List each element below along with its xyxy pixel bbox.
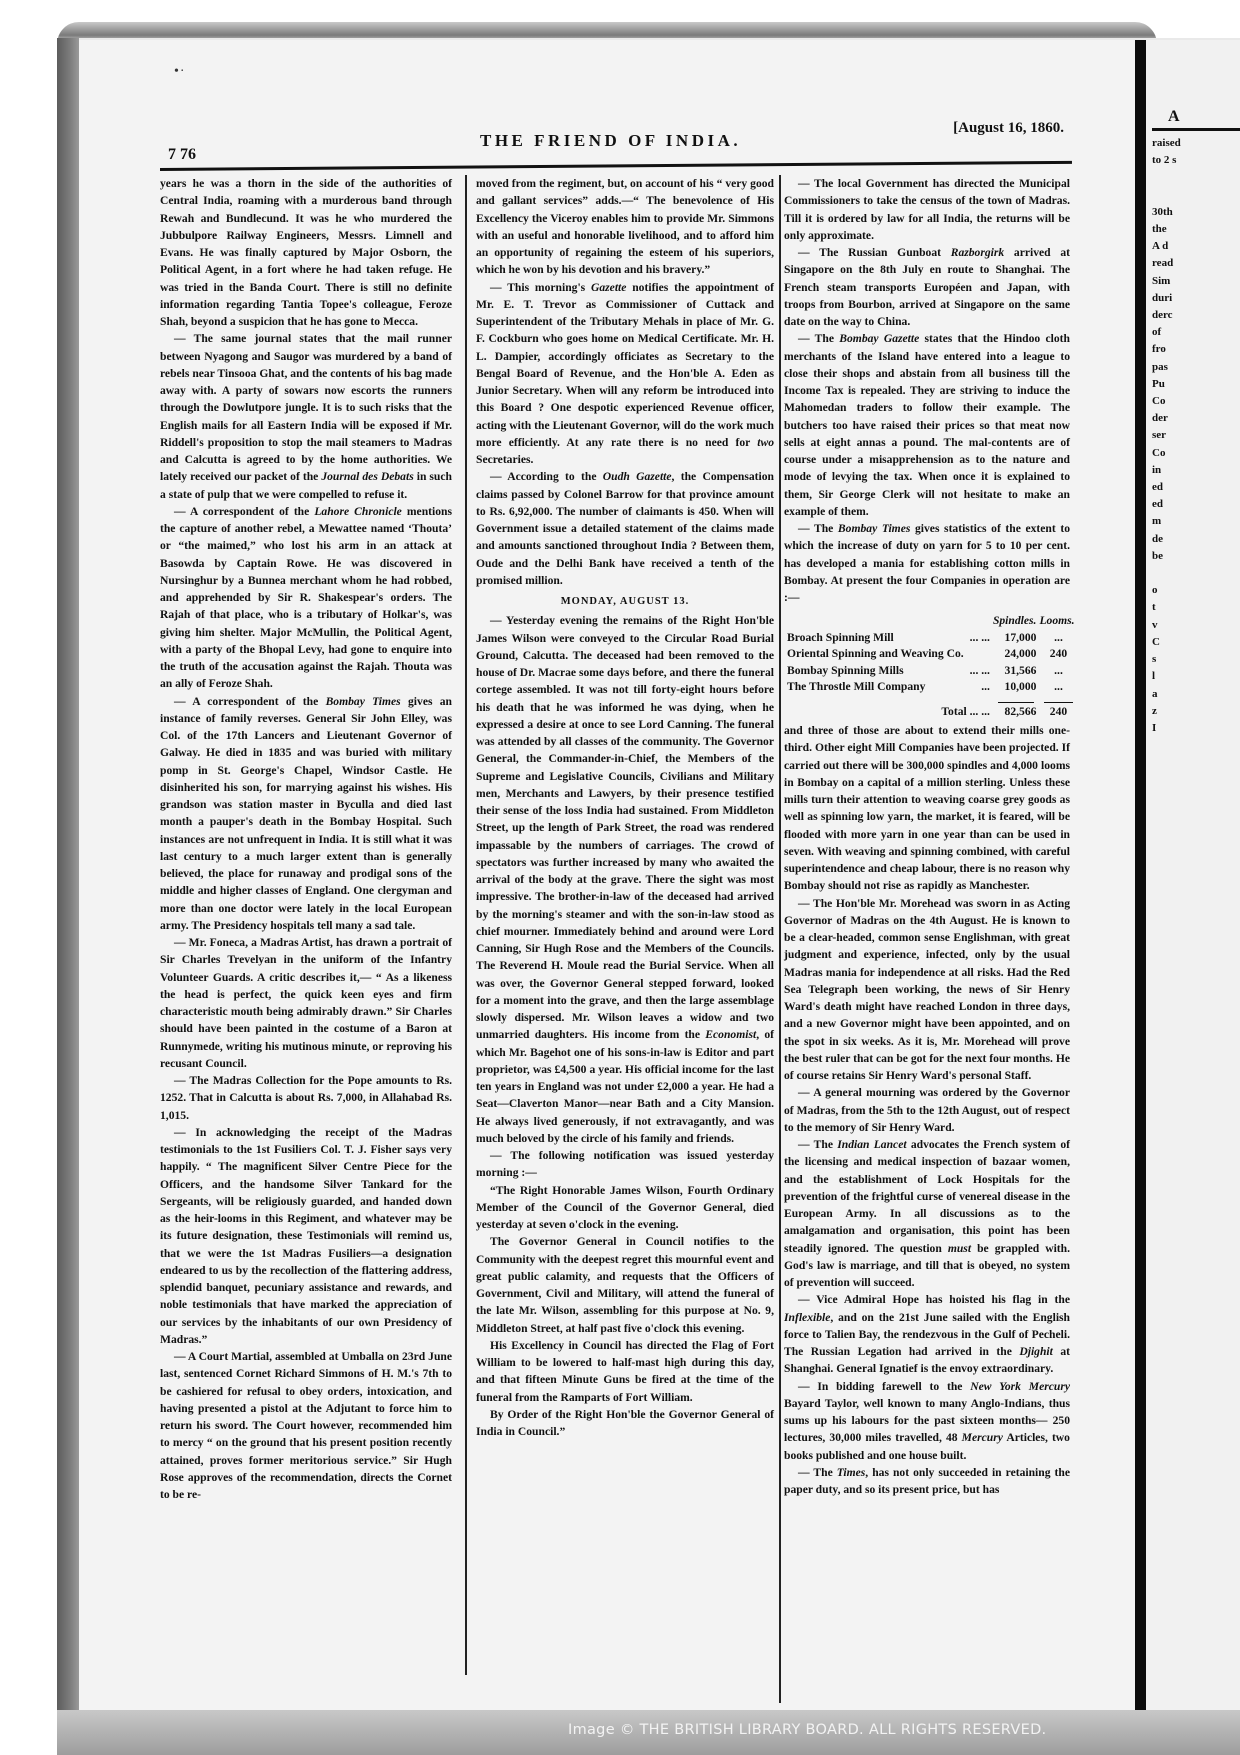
article-paragraph: — The following notification was issued … bbox=[476, 1147, 774, 1182]
facing-page-line: Sim bbox=[1146, 273, 1240, 290]
mill-statistics-table: Spindles.Looms.Broach Spinning Mill... .… bbox=[784, 612, 1078, 720]
copyright-credit: Image © THE BRITISH LIBRARY BOARD. ALL R… bbox=[568, 1722, 1046, 1738]
facing-page-line: der bbox=[1146, 410, 1240, 427]
facing-page-line: C bbox=[1146, 634, 1240, 651]
spindles-value: 17,000 bbox=[993, 630, 1040, 647]
total-row: Total ... ...82,566240 bbox=[784, 704, 1078, 721]
facing-page-line: A d bbox=[1146, 238, 1240, 255]
article-paragraph: — The Bombay Gazette states that the Hin… bbox=[784, 330, 1070, 520]
facing-page-line: derc bbox=[1146, 307, 1240, 324]
column-3: — The local Government has directed the … bbox=[784, 175, 1070, 1498]
facing-page-line: a bbox=[1146, 686, 1240, 703]
article-paragraph: — The Bombay Times gives statistics of t… bbox=[784, 520, 1070, 606]
article-paragraph: — This morning's Gazette notifies the ap… bbox=[476, 279, 774, 469]
mill-name: The Throstle Mill Company bbox=[784, 679, 967, 696]
article-paragraph: — The Times, has not only succeeded in r… bbox=[784, 1464, 1070, 1499]
mill-name: Broach Spinning Mill bbox=[784, 630, 967, 647]
article-paragraph: — A correspondent of the Lahore Chronicl… bbox=[160, 503, 452, 693]
facing-page-line: Co bbox=[1146, 393, 1240, 410]
facing-page-line bbox=[1146, 187, 1240, 204]
leader-dots: ... bbox=[967, 679, 993, 696]
facing-page-line: o bbox=[1146, 582, 1240, 599]
leader-dots bbox=[967, 646, 993, 663]
article-paragraph: — Mr. Foneca, a Madras Artist, has drawn… bbox=[160, 934, 452, 1072]
table-header-cell bbox=[784, 612, 993, 629]
facing-page-line: of bbox=[1146, 324, 1240, 341]
facing-page-text: raisedto 2 s 30ththeA dreadSimduridercof… bbox=[1146, 135, 1240, 737]
page-number: 7 76 bbox=[168, 146, 196, 164]
table-header-cell: Looms. bbox=[1039, 612, 1077, 629]
facing-page-line: 30th bbox=[1146, 204, 1240, 221]
looms-value: ... bbox=[1039, 679, 1077, 696]
total-spindles: 82,566 bbox=[993, 704, 1040, 721]
article-paragraph: — The local Government has directed the … bbox=[784, 175, 1070, 244]
spindles-value: 31,566 bbox=[993, 663, 1040, 680]
mill-name: Oriental Spinning and Weaving Co. bbox=[784, 646, 967, 663]
facing-page-line: pas bbox=[1146, 359, 1240, 376]
article-paragraph: — The Madras Collection for the Pope amo… bbox=[160, 1072, 452, 1124]
facing-page-line: ed bbox=[1146, 479, 1240, 496]
article-paragraph: His Excellency in Council has directed t… bbox=[476, 1337, 774, 1406]
table-header-cell: Spindles. bbox=[993, 612, 1040, 629]
facing-page-line: to 2 s bbox=[1146, 152, 1240, 169]
leader-dots: ... ... bbox=[967, 630, 993, 647]
facing-page-line: ed bbox=[1146, 496, 1240, 513]
facing-page-line: in bbox=[1146, 462, 1240, 479]
looms-value: ... bbox=[1039, 663, 1077, 680]
article-paragraph: — Vice Admiral Hope has hoisted his flag… bbox=[784, 1291, 1070, 1377]
column-divider bbox=[465, 175, 467, 1675]
leader-dots: ... ... bbox=[967, 663, 993, 680]
facing-page-line: the bbox=[1146, 221, 1240, 238]
facing-page-line: I bbox=[1146, 720, 1240, 737]
facing-page-line: s bbox=[1146, 651, 1240, 668]
article-paragraph: — In bidding farewell to the New York Me… bbox=[784, 1378, 1070, 1464]
article-paragraph: “The Right Honorable James Wilson, Fourt… bbox=[476, 1182, 774, 1234]
mill-name: Bombay Spinning Mills bbox=[784, 663, 967, 680]
facing-page-line: Pu bbox=[1146, 376, 1240, 393]
sum-rule bbox=[1039, 696, 1077, 704]
facing-page-line: z bbox=[1146, 703, 1240, 720]
article-paragraph: moved from the regiment, but, on account… bbox=[476, 175, 774, 279]
facing-page-line: read bbox=[1146, 255, 1240, 272]
table-row: Broach Spinning Mill... ...17,000... bbox=[784, 630, 1078, 647]
table-header-row: Spindles.Looms. bbox=[784, 612, 1078, 629]
article-paragraph: — Yesterday evening the remains of the R… bbox=[476, 612, 774, 1147]
article-paragraph: The Governor General in Council notifies… bbox=[476, 1233, 774, 1337]
article-paragraph: — The same journal states that the mail … bbox=[160, 330, 452, 503]
article-paragraph: — The Russian Gunboat Razborgirk arrived… bbox=[784, 244, 1070, 330]
spindles-value: 24,000 bbox=[993, 646, 1040, 663]
facing-page-fragment: A raisedto 2 s 30ththeA dreadSimduriderc… bbox=[1146, 40, 1240, 1710]
facing-page-line: be bbox=[1146, 548, 1240, 565]
article-paragraph: years he was a thorn in the side of the … bbox=[160, 175, 452, 330]
blank-cell bbox=[967, 696, 993, 704]
article-paragraph: — The Hon'ble Mr. Morehead was sworn in … bbox=[784, 895, 1070, 1085]
facing-page-line bbox=[1146, 565, 1240, 582]
facing-page-line: duri bbox=[1146, 290, 1240, 307]
facing-page-line bbox=[1146, 169, 1240, 186]
article-paragraph: and three of those are about to extend t… bbox=[784, 722, 1070, 895]
spindles-value: 10,000 bbox=[993, 679, 1040, 696]
total-label: Total ... ... bbox=[784, 704, 993, 721]
book-spine-edge bbox=[57, 38, 79, 1755]
facing-page-line: fro bbox=[1146, 341, 1240, 358]
article-paragraph: — The Indian Lancet advocates the French… bbox=[784, 1136, 1070, 1291]
table-row: The Throstle Mill Company...10,000... bbox=[784, 679, 1078, 696]
page-header: 7 76 THE FRIEND OF INDIA. [August 16, 18… bbox=[160, 120, 1072, 154]
facing-page-line: ser bbox=[1146, 427, 1240, 444]
facing-page-line: t bbox=[1146, 599, 1240, 616]
article-paragraph: — A correspondent of the Bombay Times gi… bbox=[160, 693, 452, 935]
looms-value: ... bbox=[1039, 630, 1077, 647]
article-paragraph: — A Court Martial, assembled at Umballa … bbox=[160, 1348, 452, 1503]
article-paragraph: By Order of the Right Hon'ble the Govern… bbox=[476, 1406, 774, 1441]
sum-rule-row bbox=[784, 696, 1078, 704]
total-looms: 240 bbox=[1039, 704, 1077, 721]
issue-date: [August 16, 1860. bbox=[953, 120, 1064, 137]
facing-page-line: v bbox=[1146, 617, 1240, 634]
table-row: Oriental Spinning and Weaving Co.24,0002… bbox=[784, 646, 1078, 663]
article-paragraph: — According to the Oudh Gazette, the Com… bbox=[476, 468, 774, 589]
facing-page-rule bbox=[1152, 128, 1240, 131]
article-paragraph: — In acknowledging the receipt of the Ma… bbox=[160, 1124, 452, 1348]
facing-page-line: l bbox=[1146, 668, 1240, 685]
blank-cell bbox=[784, 696, 967, 704]
article-paragraph: — A general mourning was ordered by the … bbox=[784, 1084, 1070, 1136]
masthead-title: THE FRIEND OF INDIA. bbox=[480, 131, 741, 151]
facing-page-header: A bbox=[1168, 108, 1240, 126]
facing-page-line: m bbox=[1146, 513, 1240, 530]
ink-blot-marks: •· bbox=[174, 64, 186, 80]
section-subhead: MONDAY, AUGUST 13. bbox=[476, 593, 774, 610]
facing-page-line: raised bbox=[1146, 135, 1240, 152]
table-row: Bombay Spinning Mills... ...31,566... bbox=[784, 663, 1078, 680]
column-2: moved from the regiment, but, on account… bbox=[476, 175, 774, 1440]
sum-rule bbox=[993, 696, 1040, 704]
facing-page-line: de bbox=[1146, 531, 1240, 548]
column-divider bbox=[779, 175, 781, 1703]
page-gutter bbox=[1135, 40, 1146, 1755]
facing-page-line: Co bbox=[1146, 445, 1240, 462]
column-1: years he was a thorn in the side of the … bbox=[160, 175, 452, 1503]
looms-value: 240 bbox=[1039, 646, 1077, 663]
